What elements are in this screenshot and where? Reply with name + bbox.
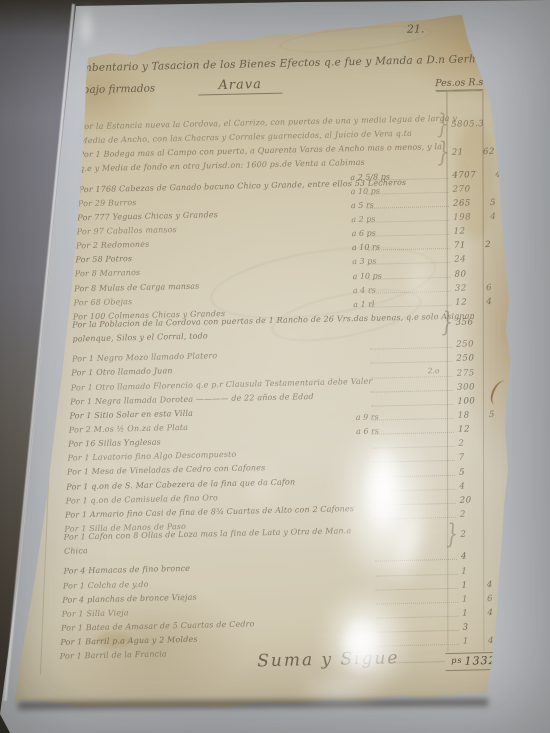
section-heading: Arava	[198, 77, 282, 96]
ledger-row-value: 32 6	[455, 281, 492, 296]
ledger-row-unit-price: a 6 rs	[356, 425, 379, 440]
page-content: 21. Y mbentario y Tasacion de los Bienes…	[28, 0, 534, 719]
ledger-row-value: 21 62	[452, 145, 495, 160]
ledger-row-value: 265 5	[453, 196, 496, 211]
value-column-header: Pes.os R.s	[435, 77, 483, 91]
ledger-row-value: 100	[457, 394, 475, 409]
ledger-row-unit-price: a 2 ps	[351, 213, 375, 228]
ledger-row-value: 1 6	[462, 592, 493, 607]
footer-leader	[388, 661, 444, 663]
ledger-row-value: 12	[453, 225, 465, 239]
ledger-row-value: 71 2	[454, 238, 491, 253]
ledger-row-value: 24	[454, 253, 466, 267]
ledger-row-value: 1 4	[461, 578, 492, 593]
ledger-row-unit-price: a 1 rl	[353, 297, 375, 312]
ledger-row-unit-price: a 5 rs	[351, 198, 374, 213]
ledger-row-unit-price: a 2 5/8 ps	[350, 170, 390, 185]
ledger-row-value: 356	[455, 315, 473, 330]
ledger-row-value: 1 4	[463, 634, 494, 649]
ledger-row-value: 4	[459, 479, 465, 493]
ledger-row-value: 2	[460, 528, 466, 542]
ledger-row-value: 20	[460, 493, 472, 507]
ledger-row-value: 80	[454, 267, 466, 281]
title-text: mbentario y Tasacion de los Bienes Efect…	[82, 52, 528, 74]
ledger-row-unit-price: a 4 rs	[353, 283, 376, 298]
ledger-rows: Por la Estancia nueva la Cordova, el Car…	[31, 110, 533, 658]
ledger-row-unit-price: a 10 ps	[350, 184, 380, 199]
margin-note: 2.o	[37, 105, 51, 115]
ledger-row-brace: }	[441, 308, 454, 338]
ledger-row-value: 12 4	[455, 295, 492, 310]
ledger-row-value: 1	[461, 564, 467, 578]
ledger-row-brace: }	[437, 138, 450, 168]
ledger-row-brace: }	[436, 110, 449, 140]
ledger-row-unit-price: a 10 ps	[352, 269, 382, 284]
ledger-row-value: 300	[457, 380, 475, 395]
ledger-row-value: 4707 4	[452, 167, 501, 182]
sum-and-carry-label: Suma y Sigue	[257, 648, 400, 671]
ledger-row-value: 4	[461, 550, 467, 564]
photo-of-manuscript: 21. Y mbentario y Tasacion de los Bienes…	[0, 0, 550, 733]
ledger-row-value: 7	[459, 451, 465, 465]
ledger-row-value: 250	[456, 338, 474, 353]
subtitle-text: p.r los Abajo firmados	[38, 83, 155, 98]
ledger-row-value: 198 4	[453, 210, 496, 225]
currency-symbol: ps	[451, 656, 462, 665]
ledger-row-unit-price: a 3 ps	[352, 255, 376, 270]
ledger-row-value: 2	[458, 437, 464, 451]
ledger-row-value: 12	[458, 423, 470, 437]
ledger-row-brace: }	[446, 520, 459, 550]
ledger-row-value: 3	[462, 621, 468, 635]
ledger-row-value: 250	[456, 352, 474, 367]
ledger-row-unit-price: a 6 ps	[351, 227, 375, 242]
ledger-row-value: 5805.3	[451, 117, 484, 132]
ledger-row-value: 5	[459, 465, 465, 479]
ledger-row-unit-price: a 9 rs	[356, 411, 379, 426]
ledger-row-value: 18 5	[458, 408, 495, 423]
ledger-row-unit-price: a 10 rs	[352, 241, 380, 256]
ledger-row-value: 1 4	[462, 606, 493, 621]
ledger-row-value: 2	[460, 508, 466, 522]
ledger-row-value: 275	[457, 366, 475, 381]
ledger-row-margin-note: 2.o	[428, 366, 440, 375]
ledger-row-value: 270	[452, 182, 470, 197]
page-number: 21.	[407, 22, 425, 35]
